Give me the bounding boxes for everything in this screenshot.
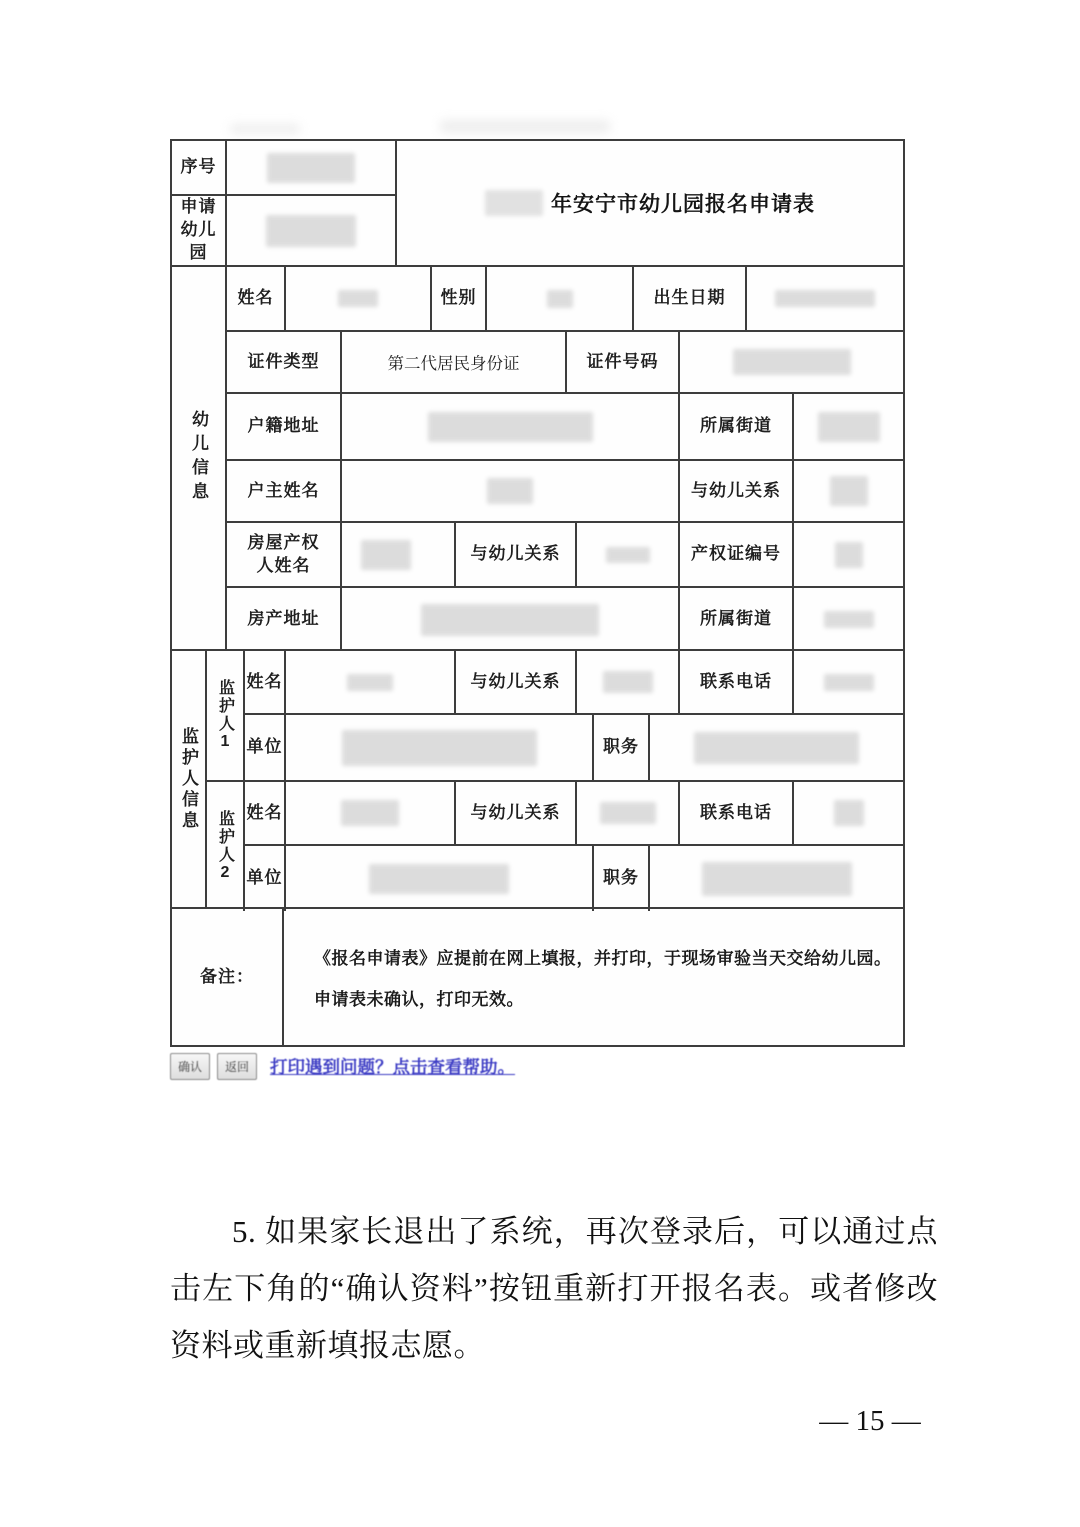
- redacted-value: [824, 674, 874, 691]
- redacted-value: [421, 604, 599, 636]
- scan-artifact: [440, 120, 610, 133]
- property-address-value: [342, 588, 680, 651]
- birth-date-label: 出生日期: [634, 267, 747, 330]
- hukou-address-label: 户籍地址: [227, 394, 342, 459]
- form-title: 年安宁市幼儿园报名申请表: [397, 141, 903, 265]
- guardian2-name-label: 姓名: [245, 782, 286, 844]
- form-toolbar: 确认 返回 打印遇到问题？点击查看帮助。: [170, 1053, 515, 1080]
- guardian1-label: 监护人1: [207, 651, 245, 780]
- street-label: 所属街道: [680, 588, 794, 651]
- householder-name-label: 户主姓名: [227, 461, 342, 521]
- guardian2-name-value: [286, 782, 456, 844]
- guardian1-name-value: [286, 651, 456, 713]
- guardian1-position-value: [650, 715, 903, 780]
- owner-name-value: [342, 523, 456, 586]
- remarks-content: 《报名申请表》应提前在网上填报，并打印，于现场审验当天交给幼儿园。 申请表未确认…: [284, 909, 903, 1045]
- child-relation-label: 与幼儿关系: [680, 461, 794, 521]
- street-label: 所属街道: [680, 394, 794, 459]
- redacted-value: [835, 542, 863, 568]
- scan-artifact: [230, 124, 300, 134]
- guardian2-position-label: 职务: [594, 846, 650, 911]
- redacted-value: [834, 800, 864, 826]
- remarks-line-1: 《报名申请表》应提前在网上填报，并打印，于现场审验当天交给幼儿园。: [314, 944, 903, 969]
- name-label: 姓名: [227, 267, 286, 330]
- redacted-value: [428, 412, 593, 442]
- owner-name-label: 房屋产权 人姓名: [227, 523, 342, 586]
- back-button[interactable]: 返回: [217, 1053, 257, 1080]
- guardian1-phone-value: [794, 651, 903, 713]
- redacted-value: [702, 862, 852, 896]
- street-value: [794, 588, 903, 651]
- owner-relation-value: [577, 523, 680, 586]
- redacted-value: [775, 290, 875, 307]
- redacted-value: [824, 611, 874, 628]
- page-number: — 15 —: [790, 1405, 950, 1438]
- guardian2-employer-label: 单位: [245, 846, 286, 911]
- redacted-value: [733, 349, 851, 375]
- redacted-value: [361, 540, 411, 570]
- serial-label: 序号: [172, 141, 227, 194]
- redacted-value: [818, 412, 880, 442]
- phone-label: 联系电话: [680, 651, 794, 713]
- remarks-label: 备注：: [172, 909, 284, 1045]
- form-title-text: 年安宁市幼儿园报名申请表: [551, 188, 815, 218]
- remarks-line-2: 申请表未确认，打印无效。: [314, 985, 903, 1010]
- guardian2-relation-value: [577, 782, 680, 844]
- guardian2-position-value: [650, 846, 903, 911]
- guardian1-relation-value: [577, 651, 680, 713]
- redacted-value: [342, 730, 537, 766]
- redacted-value: [606, 547, 650, 563]
- child-relation-label: 与幼儿关系: [456, 782, 577, 844]
- redacted-value: [603, 671, 653, 693]
- hukou-address-value: [342, 394, 680, 459]
- print-help-link[interactable]: 打印遇到问题？点击查看帮助。: [270, 1054, 515, 1079]
- form-top-left: 序号 申请 幼儿园: [172, 141, 397, 265]
- section-guardian-info: 监护人信息: [172, 651, 207, 907]
- document-page: 序号 申请 幼儿园 年安宁市幼儿园报名申请表: [0, 0, 1080, 1527]
- redacted-value: [487, 478, 533, 504]
- cert-number-label: 产权证编号: [680, 523, 794, 586]
- confirm-button[interactable]: 确认: [170, 1053, 210, 1080]
- guardian1-employer-value: [286, 715, 594, 780]
- redacted-value: [338, 290, 378, 307]
- redacted-value: [694, 732, 859, 764]
- householder-name-value: [342, 461, 680, 521]
- property-address-label: 房产地址: [227, 588, 342, 651]
- redacted-value: [341, 800, 399, 826]
- gender-value: [487, 267, 634, 330]
- redacted-value: [830, 476, 868, 506]
- instruction-paragraph: 5. 如果家长退出了系统，再次登录后，可以通过点击左下角的“确认资料”按钮重新打…: [170, 1203, 938, 1374]
- kindergarten-value: [227, 196, 395, 265]
- redacted-value: [600, 802, 656, 824]
- id-type-label: 证件类型: [227, 332, 342, 392]
- guardian1-employer-label: 单位: [245, 715, 286, 780]
- name-value: [286, 267, 432, 330]
- redacted-value: [547, 290, 573, 308]
- guardian1-position-label: 职务: [594, 715, 650, 780]
- id-number-value: [680, 332, 903, 392]
- registration-form-table: 序号 申请 幼儿园 年安宁市幼儿园报名申请表: [170, 139, 905, 1047]
- redacted-year: [485, 190, 543, 216]
- gender-label: 性别: [432, 267, 487, 330]
- id-type-value: 第二代居民身份证: [342, 332, 567, 392]
- redacted-value: [266, 215, 356, 247]
- phone-label: 联系电话: [680, 782, 794, 844]
- kindergarten-label: 申请 幼儿园: [172, 196, 227, 265]
- cert-number-value: [794, 523, 903, 586]
- redacted-value: [347, 674, 393, 691]
- registration-form-screenshot: 序号 申请 幼儿园 年安宁市幼儿园报名申请表: [170, 139, 905, 1047]
- redacted-value: [267, 153, 355, 183]
- child-relation-value: [794, 461, 903, 521]
- child-relation-label: 与幼儿关系: [456, 523, 577, 586]
- section-child-info: 幼儿信息: [172, 267, 227, 649]
- id-number-label: 证件号码: [567, 332, 680, 392]
- street-value: [794, 394, 903, 459]
- redacted-value: [369, 864, 509, 894]
- guardian2-label: 监护人2: [207, 782, 245, 911]
- child-relation-label: 与幼儿关系: [456, 651, 577, 713]
- guardian1-name-label: 姓名: [245, 651, 286, 713]
- guardian2-phone-value: [794, 782, 903, 844]
- birth-date-value: [747, 267, 903, 330]
- serial-value: [227, 141, 395, 194]
- guardian2-employer-value: [286, 846, 594, 911]
